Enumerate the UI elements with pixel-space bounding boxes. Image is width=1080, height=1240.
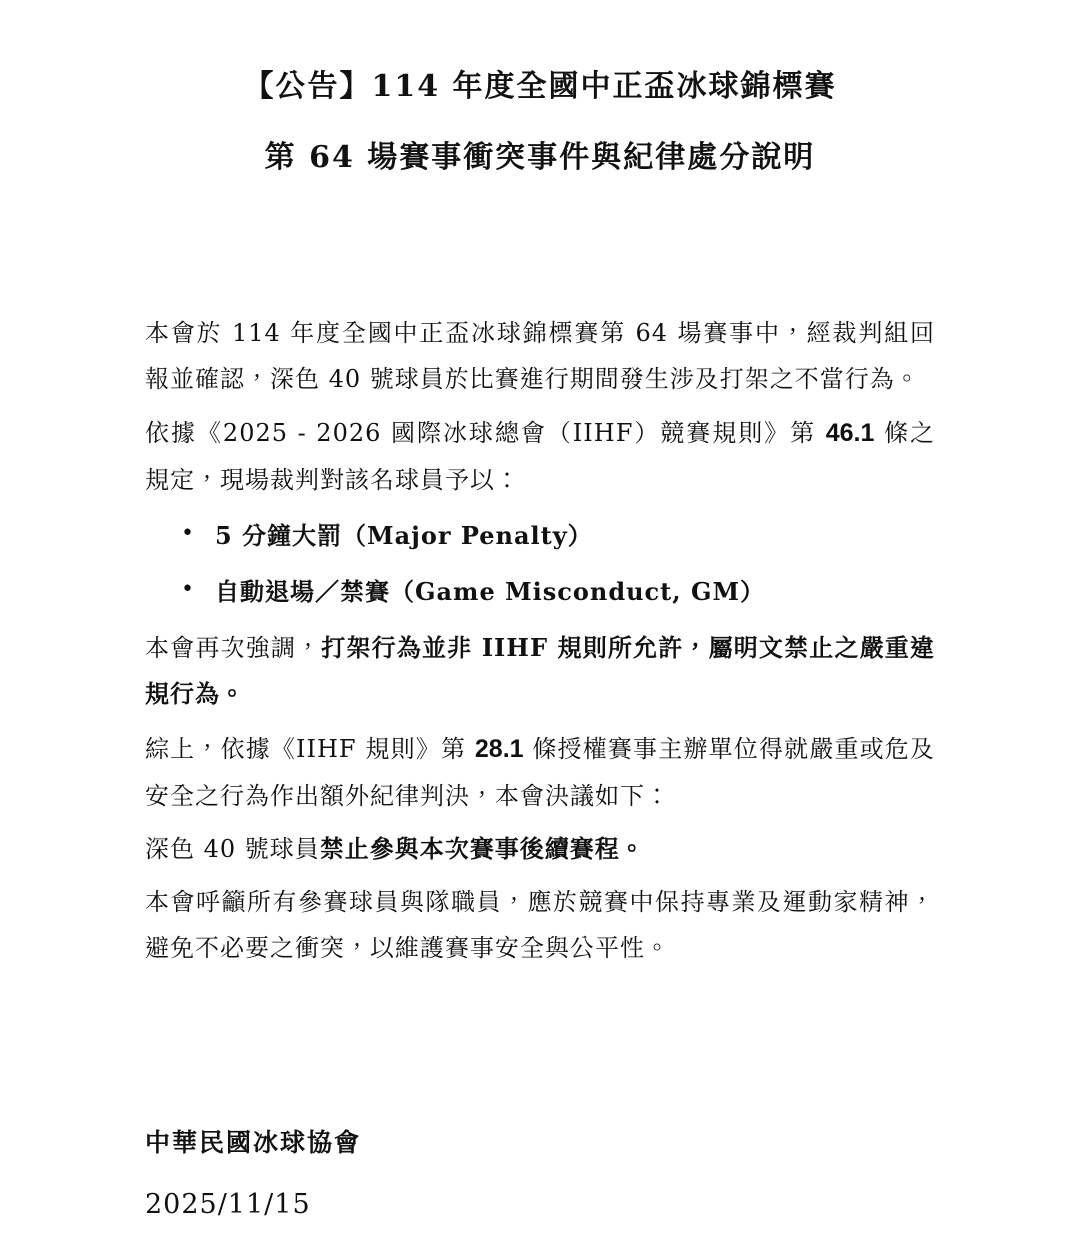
bullet-marker: • xyxy=(181,513,215,555)
bullet-item: •5 分鐘大罰（Major Penalty） xyxy=(181,513,935,559)
document-header: 【公告】114 年度全國中正盃冰球錦標賽 第 64 場賽事衝突事件與紀律處分說明 xyxy=(145,70,935,174)
paragraph: 綜上，依據《IIHF 規則》第 28.1 條授權賽事主辦單位得就嚴重或危及安全之… xyxy=(145,725,935,819)
bullet-marker: • xyxy=(181,569,215,611)
text-segment: 28.1 xyxy=(475,735,524,763)
text-segment: 綜上，依據《IIHF 規則》第 xyxy=(145,735,475,763)
text-segment: 5 分鐘大罰（Major Penalty） xyxy=(215,521,593,550)
document-title-line1: 【公告】114 年度全國中正盃冰球錦標賽 xyxy=(145,70,935,103)
text-segment: 自動退場／禁賽（Game Misconduct, GM） xyxy=(215,577,765,606)
signature-date: 2025/11/15 xyxy=(145,1179,935,1231)
bullet-item: •自動退場／禁賽（Game Misconduct, GM） xyxy=(181,569,935,615)
text-segment: 本會呼籲所有參賽球員與隊職員，應於競賽中保持專業及運動家精神，避免不必要之衝突，… xyxy=(145,888,935,962)
paragraph: 本會於 114 年度全國中正盃冰球錦標賽第 64 場賽事中，經裁判組回報並確認，… xyxy=(145,310,935,402)
document-footer: 中華民國冰球協會 2025/11/15 xyxy=(145,1119,935,1231)
announcement-page: 【公告】114 年度全國中正盃冰球錦標賽 第 64 場賽事衝突事件與紀律處分說明… xyxy=(0,0,1080,1240)
text-segment: 禁止參與本次賽事後續賽程。 xyxy=(320,834,645,863)
paragraph: 本會呼籲所有參賽球員與隊職員，應於競賽中保持專業及運動家精神，避免不必要之衝突，… xyxy=(145,879,935,971)
text-segment: 深色 40 號球員 xyxy=(145,835,320,863)
text-segment: 46.1 xyxy=(826,419,875,447)
paragraph: 依據《2025 - 2026 國際冰球總會（IIHF）競賽規則》第 46.1 條… xyxy=(145,409,935,503)
text-segment: 本會於 114 年度全國中正盃冰球錦標賽第 64 場賽事中，經裁判組回報並確認，… xyxy=(145,319,935,393)
content-blocks: 本會於 114 年度全國中正盃冰球錦標賽第 64 場賽事中，經裁判組回報並確認，… xyxy=(145,310,935,971)
paragraph: 本會再次強調，打架行為並非 IIHF 規則所允許，屬明文禁止之嚴重違規行為。 xyxy=(145,625,935,717)
bullet-text: 自動退場／禁賽（Game Misconduct, GM） xyxy=(215,569,935,615)
text-segment: 依據《2025 - 2026 國際冰球總會（IIHF）競賽規則》第 xyxy=(145,419,826,447)
document-body: 本會於 114 年度全國中正盃冰球錦標賽第 64 場賽事中，經裁判組回報並確認，… xyxy=(145,310,935,1231)
text-segment: 本會再次強調， xyxy=(145,634,321,662)
signature-organization: 中華民國冰球協會 xyxy=(145,1119,935,1167)
paragraph: 深色 40 號球員禁止參與本次賽事後續賽程。 xyxy=(145,826,935,872)
bullet-text: 5 分鐘大罰（Major Penalty） xyxy=(215,513,935,559)
document-title-line2: 第 64 場賽事衝突事件與紀律處分說明 xyxy=(145,141,935,174)
